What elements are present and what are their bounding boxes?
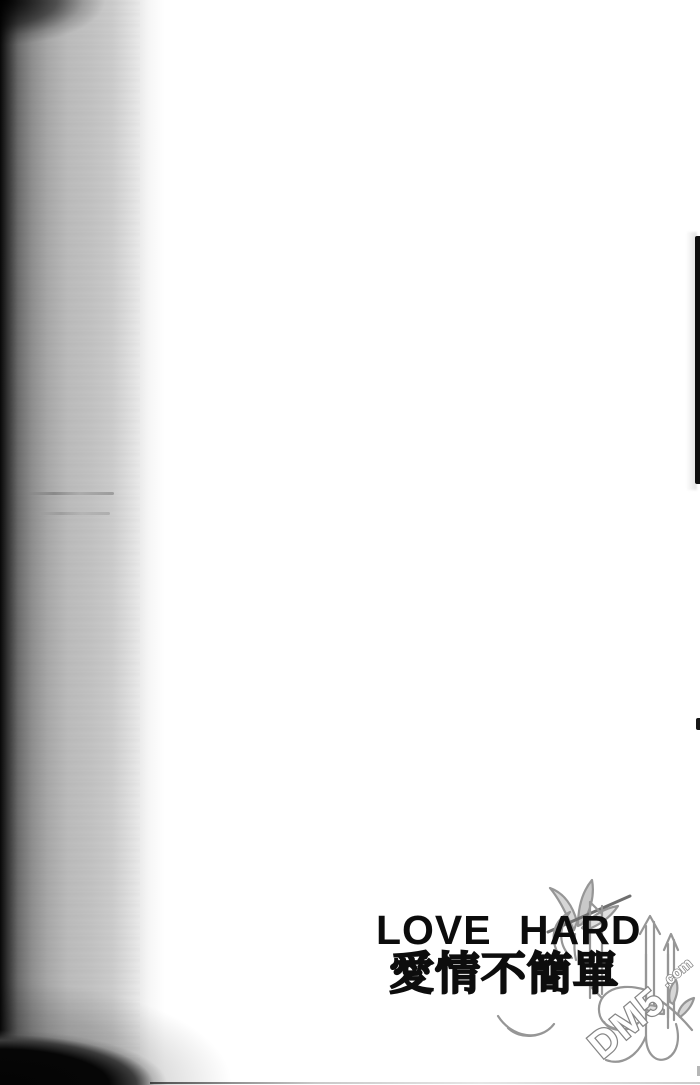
page-scan: DM5 .com LOVE HARD 愛情不簡單 [0,0,700,1085]
spine-scratch-mark [40,512,110,515]
title-english: LOVE HARD [376,910,641,951]
paper-texture [10,0,140,1085]
right-edge-dash [696,718,700,730]
leaf-icon [678,998,694,1017]
title-chinese: 愛情不簡單 [389,951,619,996]
right-edge-black-strip [695,236,700,484]
bottom-left-black-wedge [0,1013,210,1085]
top-left-corner-shadow [0,0,150,70]
spine-scratch-mark [28,492,114,495]
